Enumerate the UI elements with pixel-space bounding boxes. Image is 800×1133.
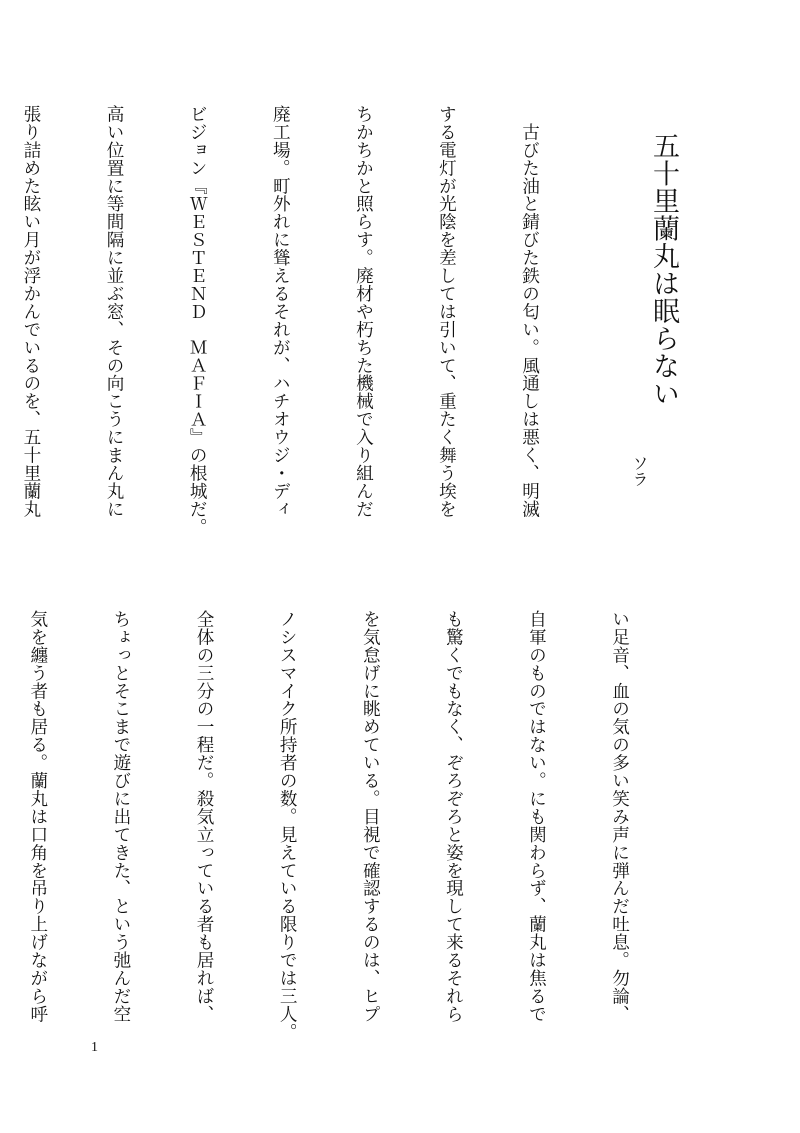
text-line: 気を纏う者も居る。蘭丸は口角を吊り上げながら呼 <box>23 610 51 1010</box>
novel-page: 五十里蘭丸は眠らない ソラ 古びた油と錆びた鉄の匂い。風通しは悪く、明滅 する電… <box>0 0 800 1133</box>
text-block-top: 古びた油と錆びた鉄の匂い。風通しは悪く、明滅 する電灯が光陰を差しては引いて、重… <box>0 105 598 505</box>
story-title: 五十里蘭丸は眠らない <box>650 132 677 407</box>
text-line: 全体の三分の一程だ。殺気立っている者も居れば、 <box>189 610 217 1010</box>
text-line: 古びた油と錆びた鉄の匂い。風通しは悪く、明滅 <box>515 105 543 505</box>
text-line: を気怠げに眺めている。目視で確認するのは、ヒプ <box>356 610 384 1010</box>
text-line: ノシスマイク所持者の数。見えている限りでは三人。 <box>272 610 300 1010</box>
text-line: 自軍のものではない。にも関わらず、蘭丸は焦るで <box>522 610 550 1010</box>
text-block-bottom: い足音、血の気の多い笑み声に弾んだ吐息。勿論、 自軍のものではない。にも関わらず… <box>0 610 688 1010</box>
text-line: ビジョン『ＷＥＳＴＥＮＤ ＭＡＦＩＡ』の根城だ。 <box>182 105 210 505</box>
page-number: 1 <box>91 1041 98 1055</box>
text-line: ちょっとそこまで遊びに出てきた、という弛んだ空 <box>106 610 134 1010</box>
text-line: 廃工場。町外れに聳えるそれが、ハチオウジ・ディ <box>266 105 294 505</box>
text-line: も驚くでもなく、ぞろぞろと姿を現して来るそれら <box>439 610 467 1010</box>
text-line: 張り詰めた眩い月が浮かんでいるのを、五十里蘭丸 <box>16 105 44 505</box>
text-line: ちかちかと照らす。廃材や朽ちた機械で入り組んだ <box>349 105 377 505</box>
text-line: 高い位置に等間隔に並ぶ窓、その向こうにまん丸に <box>99 105 127 505</box>
text-line: い足音、血の気の多い笑み声に弾んだ吐息。勿論、 <box>605 610 633 1010</box>
author-name: ソラ <box>631 455 647 487</box>
text-line: する電灯が光陰を差しては引いて、重たく舞う埃を <box>432 105 460 505</box>
